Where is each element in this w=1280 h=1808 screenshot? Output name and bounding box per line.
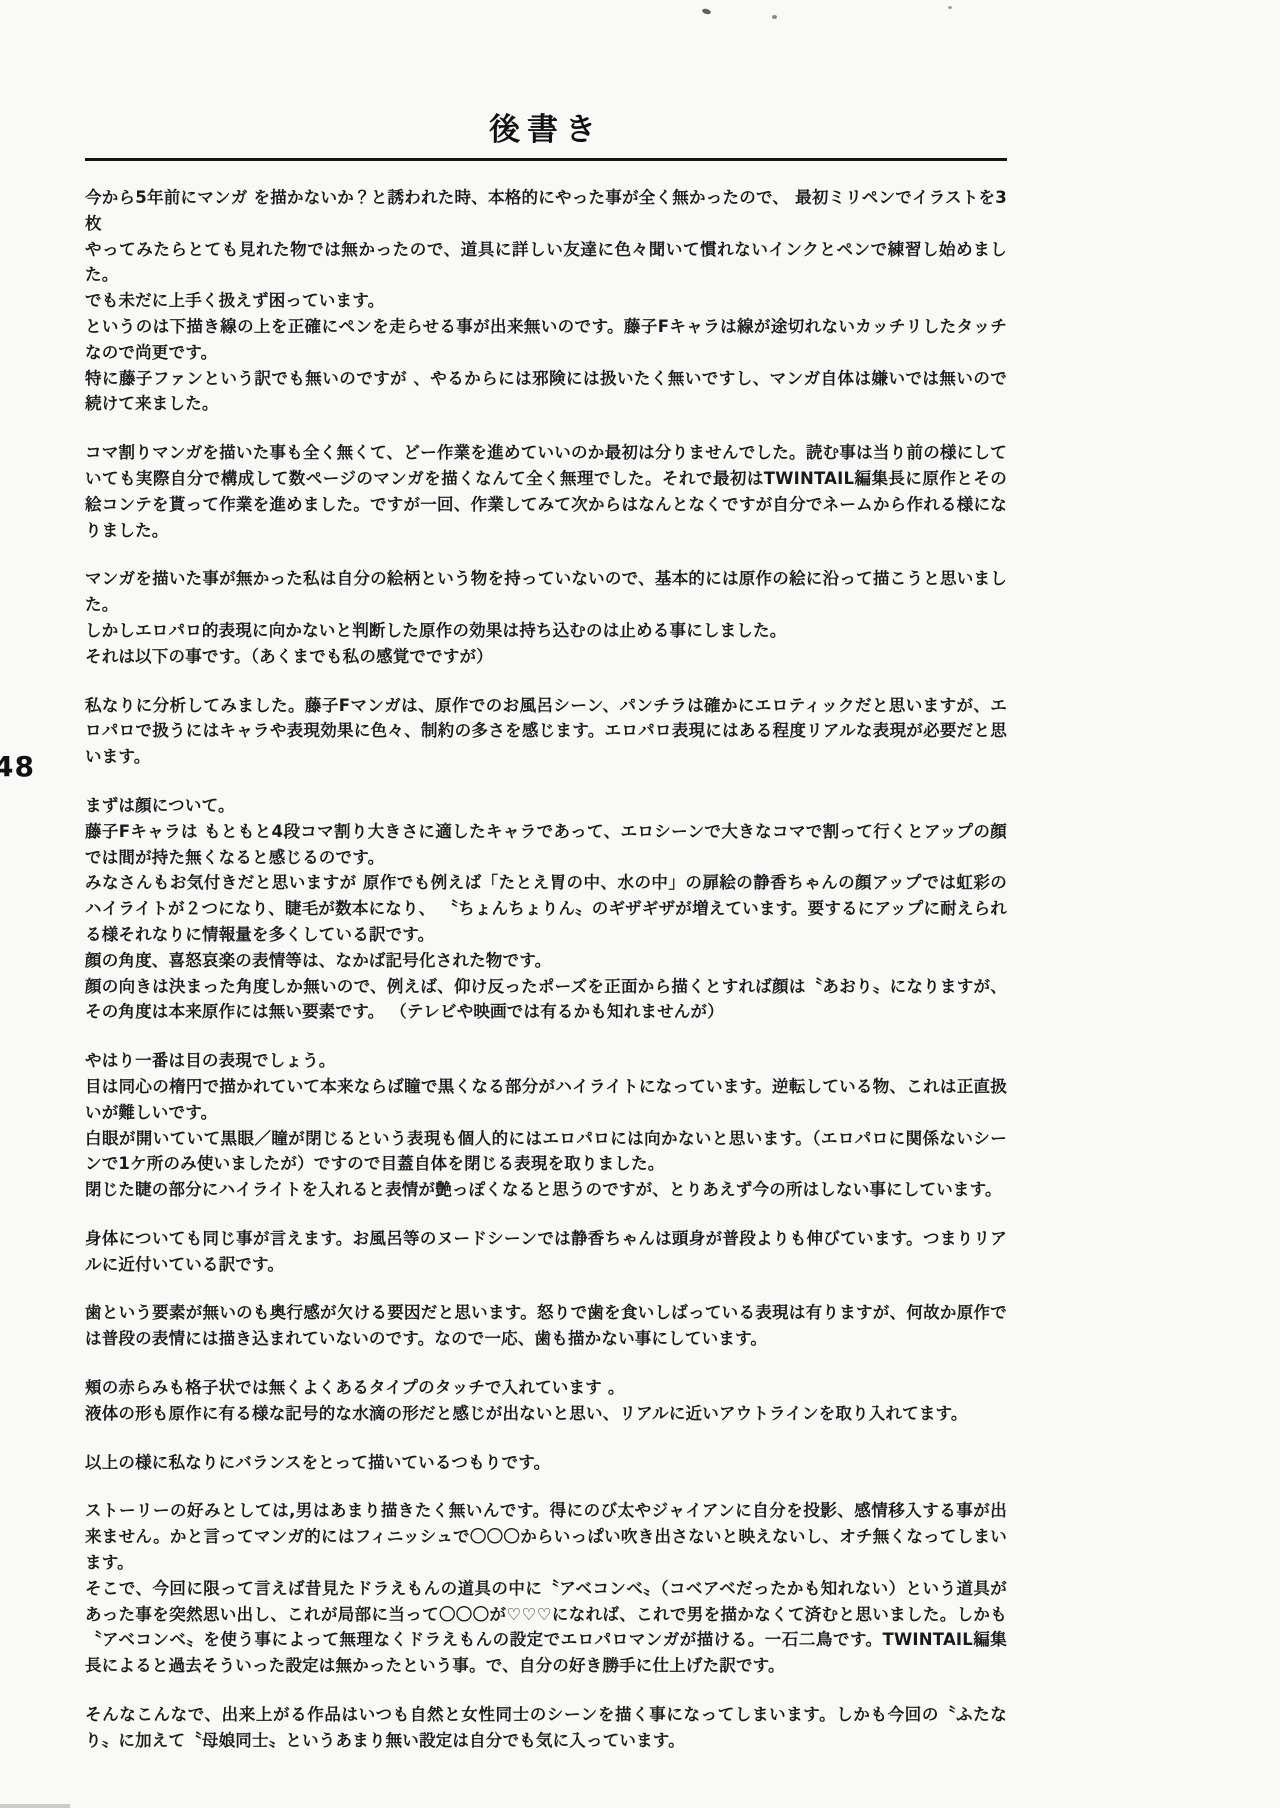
text-line: みなさんもお気付きだと思いますが 原作でも例えば「たとえ胃の中、水の中」の扉絵の… — [85, 870, 1007, 947]
paragraph: 今から5年前にマンガ を描かないか？と誘われた時、本格的にやった事が全く無かった… — [85, 185, 1007, 417]
text-line: やってみたらとても見れた物では無かったので、道具に詳しい友達に色々聞いて慣れない… — [85, 237, 1007, 289]
title-block: 後書き — [85, 0, 1007, 161]
text-line: コマ割りマンガを描いた事も全く無くて、どー作業を進めていいのか最初は分りませんで… — [85, 440, 1007, 543]
afterword-body: 今から5年前にマンガ を描かないか？と誘われた時、本格的にやった事が全く無かった… — [85, 185, 1007, 1754]
page-number: 48 — [0, 750, 35, 783]
text-line: 特に藤子ファンという訳でも無いのですが 、やるからには邪険には扱いたく無いですし… — [85, 366, 1007, 418]
paragraph: コマ割りマンガを描いた事も全く無くて、どー作業を進めていいのか最初は分りませんで… — [85, 440, 1007, 543]
text-line: 顔の向きは決まった角度しか無いので、例えば、仰け反ったポーズを正面から描くとすれ… — [85, 974, 1007, 1026]
text-line: まずは顔について。 — [85, 793, 1007, 819]
paragraph: やはり一番は目の表現でしょう。目は同心の楕円で描かれていて本来ならば瞳で黒くなる… — [85, 1048, 1007, 1203]
text-line: しかしエロパロ的表現に向かないと判断した原作の効果は持ち込むのは止める事にしまし… — [85, 618, 1007, 644]
text-line: 目は同心の楕円で描かれていて本来ならば瞳で黒くなる部分がハイライトになっています… — [85, 1074, 1007, 1126]
text-line: 私なりに分析してみました。藤子Fマンガは、原作でのお風呂シーン、パンチラは確かに… — [85, 693, 1007, 770]
text-line: そこで、今回に限って言えば昔見たドラえもんの道具の中に〝アベコンベ〟（コベアベだ… — [85, 1576, 1007, 1679]
paragraph: 私なりに分析してみました。藤子Fマンガは、原作でのお風呂シーン、パンチラは確かに… — [85, 693, 1007, 770]
paragraph: そんなこんなで、出来上がる作品はいつも自然と女性同士のシーンを描く事になってしま… — [85, 1702, 1007, 1754]
text-line: 以上の様に私なりにバランスをとって描いているつもりです。 — [85, 1450, 1007, 1476]
text-line: そんなこんなで、出来上がる作品はいつも自然と女性同士のシーンを描く事になってしま… — [85, 1702, 1007, 1754]
page-title: 後書き — [85, 104, 1007, 149]
paragraph: 身体についても同じ事が言えます。お風呂等のヌードシーンでは静香ちゃんは頭身が普段… — [85, 1226, 1007, 1278]
text-line: 藤子Fキャラは もともと4段コマ割り大きさに適したキャラであって、エロシーンで大… — [85, 819, 1007, 871]
text-line: 頬の赤らみも格子状では無くよくあるタイプのタッチで入れています 。 — [85, 1375, 1007, 1401]
paragraph: マンガを描いた事が無かった私は自分の絵柄という物を持っていないので、基本的には原… — [85, 566, 1007, 669]
paragraph: ストーリーの好みとしては,男はあまり描きたく無いんです。得にのび太やジャイアンに… — [85, 1498, 1007, 1679]
scan-edge-shadow — [0, 1804, 70, 1808]
text-line: というのは下描き線の上を正確にペンを走らせる事が出来無いのです。藤子Fキャラは線… — [85, 314, 1007, 366]
text-line: でも未だに上手く扱えず困っています。 — [85, 288, 1007, 314]
text-line: 液体の形も原作に有る様な記号的な水滴の形だと感じが出ないと思い、リアルに近いアウ… — [85, 1401, 1007, 1427]
text-line: 白眼が開いていて黒眼／瞳が閉じるという表現も個人的にはエロパロには向かないと思い… — [85, 1126, 1007, 1178]
scanned-afterword-page: 48 後書き 今から5年前にマンガ を描かないか？と誘われた時、本格的にやった事… — [0, 0, 1280, 1808]
title-underline — [85, 158, 1007, 161]
text-line: 閉じた睫の部分にハイライトを入れると表情が艶っぽくなると思うのですが、とりあえず… — [85, 1177, 1007, 1203]
paragraph: 歯という要素が無いのも奥行感が欠ける要因だと思います。怒りで歯を食いしばっている… — [85, 1300, 1007, 1352]
text-line: 顔の角度、喜怒哀楽の表情等は、なかば記号化された物です。 — [85, 948, 1007, 974]
text-line: それは以下の事です。（あくまでも私の感覚でですが） — [85, 644, 1007, 670]
paragraph: 頬の赤らみも格子状では無くよくあるタイプのタッチで入れています 。液体の形も原作… — [85, 1375, 1007, 1427]
text-column: 後書き 今から5年前にマンガ を描かないか？と誘われた時、本格的にやった事が全く… — [85, 0, 1007, 1777]
paragraph: まずは顔について。藤子Fキャラは もともと4段コマ割り大きさに適したキャラであっ… — [85, 793, 1007, 1025]
text-line: やはり一番は目の表現でしょう。 — [85, 1048, 1007, 1074]
text-line: ストーリーの好みとしては,男はあまり描きたく無いんです。得にのび太やジャイアンに… — [85, 1498, 1007, 1575]
text-line: 今から5年前にマンガ を描かないか？と誘われた時、本格的にやった事が全く無かった… — [85, 185, 1007, 237]
text-line: 歯という要素が無いのも奥行感が欠ける要因だと思います。怒りで歯を食いしばっている… — [85, 1300, 1007, 1352]
paragraph: 以上の様に私なりにバランスをとって描いているつもりです。 — [85, 1450, 1007, 1476]
text-line: マンガを描いた事が無かった私は自分の絵柄という物を持っていないので、基本的には原… — [85, 566, 1007, 618]
text-line: 身体についても同じ事が言えます。お風呂等のヌードシーンでは静香ちゃんは頭身が普段… — [85, 1226, 1007, 1278]
